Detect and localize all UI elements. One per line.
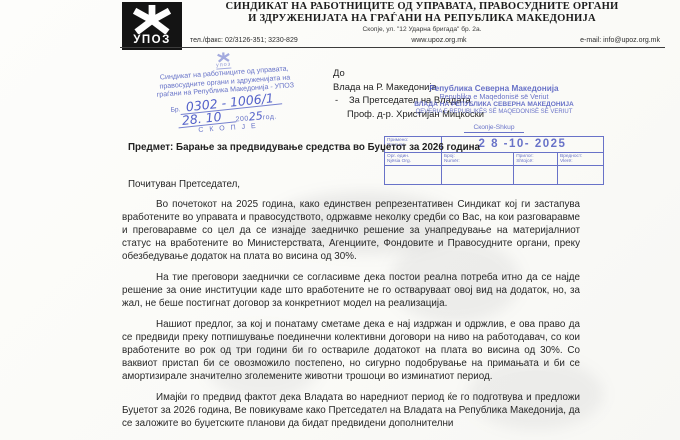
letterhead: СИНДИКАТ НА РАБОТНИЦИТЕ ОД УПРАВАТА, ПРА… [183,1,661,33]
letter-body: Во почетокот на 2025 година, како единст… [122,198,580,438]
handwritten-year: 25 [248,111,263,122]
gov-stamp-gov-mk: ВЛАДА НА РЕПУБЛИКА СЕВЕРНА МАКЕДОНИЈА [366,101,622,109]
upoz-logo: УПОЗ [122,2,182,50]
header-divider [120,47,665,48]
org-title-line2: И ЗДРУЖЕНИЈАТА НА ГРАЃАНИ НА РЕПУБЛИКА М… [183,13,661,25]
paragraph: На тие преговори заеднички се согласивме… [122,271,580,310]
year-printed: 200 [235,115,249,123]
org-phone: тел./факс: 02/3126-351; 3230-829 [190,37,298,44]
col-org-unit-sq: Njësia Org. [387,159,439,164]
col-attachment-sq: Shtojcë: [516,159,555,164]
paragraph: Во почетокот на 2025 година, како единст… [122,198,580,263]
salutation: Почитуван Претседател, [128,179,240,190]
subject-line: Предмет: Барање за предвидување средства… [128,142,480,153]
empty-cell [558,166,604,185]
paragraph: Имајќи го предвид фактот дека Владата во… [122,391,580,430]
empty-cell [385,166,442,185]
gov-stamp-city: Скопје-Shkup [464,124,525,133]
org-address: Скопје, ул. "12 Ударна бригада" бр. 2а. [183,26,661,33]
col-value-sq: Vlerë: [560,159,601,164]
bullet-dash: - [333,93,349,107]
paragraph: Нашиот предлог, за кој и понатаму сметам… [122,318,580,383]
sender-stamp: упоз Синдикат на работниците од управата… [115,45,335,140]
empty-cell [514,166,558,185]
org-website: www.upoz.org.mk [411,37,466,44]
gov-stamp-country-sq: Republika e Maqedonisë së Veriut [366,93,622,101]
logo-text: УПОЗ [133,34,171,46]
org-title-line1: СИНДИКАТ НА РАБОТНИЦИТЕ ОД УПРАВАТА, ПРА… [183,1,661,13]
government-receipt-stamp: Република Северна Македонија Republika e… [366,84,622,185]
sender-stamp-mini-label: упоз [216,62,232,70]
recipient-to: До [333,66,484,80]
col-number-sq: Numër: [444,159,511,164]
gov-stamp-gov-sq: QEVERIA E REPUBLIKËS SË MAQEDONISË SË VE… [366,109,622,116]
contact-row: тел./факс: 02/3126-351; 3230-829 www.upo… [190,37,660,44]
year-label: год. [263,113,278,121]
scanned-letter-page: УПОЗ СИНДИКАТ НА РАБОТНИЦИТЕ ОД УПРАВАТА… [0,0,680,440]
empty-cell [441,166,513,185]
org-email: e-mail: info@upoz.org.mk [580,37,660,44]
upoz-emblem-icon [126,4,178,34]
